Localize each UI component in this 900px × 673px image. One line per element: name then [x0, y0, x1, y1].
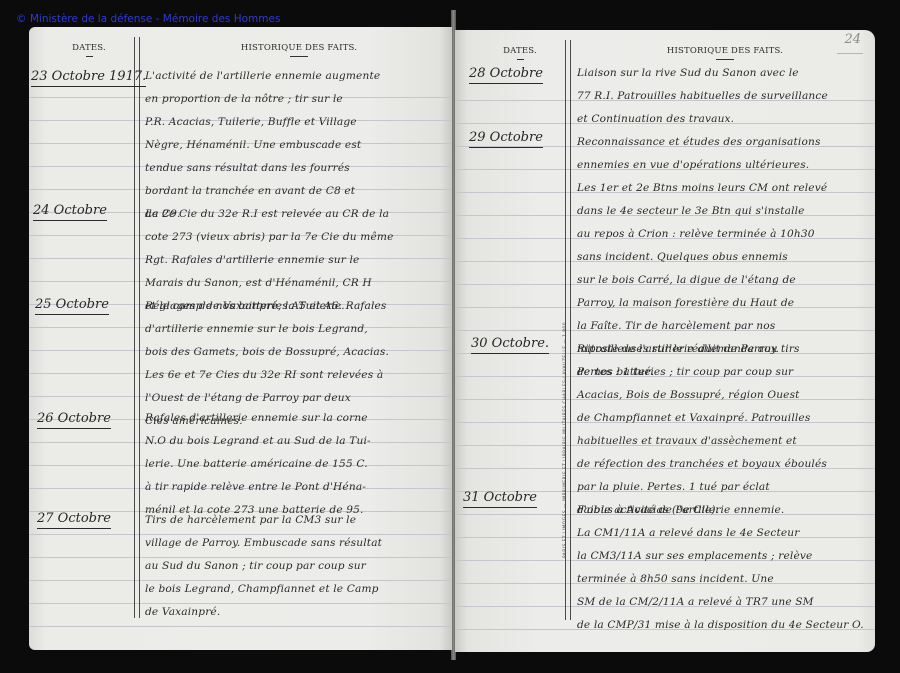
entry-text: Faible activité de l'artillerie ennemie.…: [577, 499, 867, 637]
header-underline: [86, 56, 93, 57]
page-number: 24: [844, 32, 861, 47]
column-divider: [134, 37, 140, 618]
header-underline: [517, 59, 524, 60]
entry-text: Riposte de l'artillerie allemande aux ti…: [577, 338, 867, 522]
entry-date: 26 Octobre: [37, 411, 111, 429]
entry-text: Liaison sur la rive Sud du Sanon avec le…: [577, 62, 867, 131]
history-header: HISTORIQUE DES FAITS.: [605, 46, 845, 60]
header-underline: [716, 59, 734, 60]
printer-imprint: PARIS ET LIMOGES — IMPRIMERIE ET LIBRAIR…: [563, 322, 568, 558]
entry-text: L'activité de l'artillerie ennemie augme…: [145, 65, 441, 226]
dates-header-label: DATES.: [503, 46, 537, 56]
copyright-watermark: © Ministère de la défense - Mémoire des …: [16, 13, 280, 25]
right-page: 24 DATES. HISTORIQUE DES FAITS. PARIS ET…: [455, 30, 875, 652]
dates-header: DATES.: [490, 46, 550, 60]
history-header: HISTORIQUE DES FAITS.: [179, 43, 419, 57]
entry-date: 27 Octobre: [37, 511, 111, 529]
entry-date: 31 Octobre: [463, 490, 537, 508]
dates-header-label: DATES.: [72, 43, 106, 53]
history-header-label: HISTORIQUE DES FAITS.: [241, 43, 357, 53]
history-header-label: HISTORIQUE DES FAITS.: [667, 46, 783, 56]
dates-header: DATES.: [59, 43, 119, 57]
entry-text: Rafales d'artillerie ennemie sur la corn…: [145, 407, 441, 522]
header-underline: [290, 56, 308, 57]
entry-date: 30 Octobre.: [471, 336, 549, 354]
entry-date: 24 Octobre: [33, 203, 107, 221]
entry-text: Tirs de harcèlement par la CM3 sur le vi…: [145, 509, 441, 624]
entry-date: 29 Octobre: [469, 130, 543, 148]
entry-date: 23 Octobre 1917.: [31, 69, 146, 87]
left-page: DATES. HISTORIQUE DES FAITS. 23 Octobre …: [29, 27, 452, 650]
entry-date: 25 Octobre: [35, 297, 109, 315]
entry-date: 28 Octobre: [469, 66, 543, 84]
